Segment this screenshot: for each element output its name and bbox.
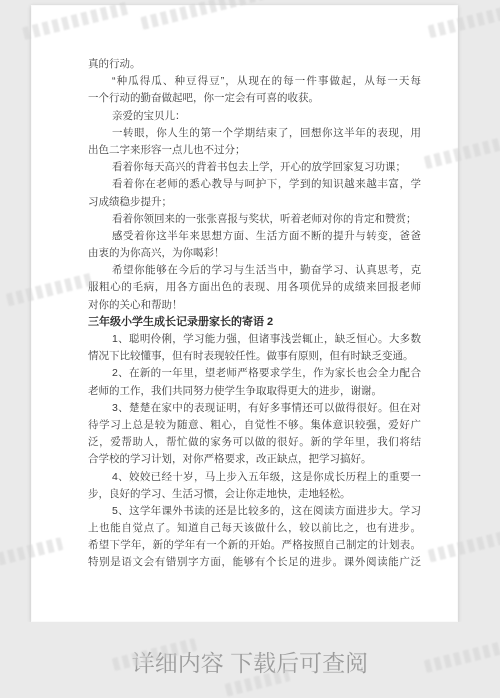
document-text-line: 老师的工作，我们共同努力使学生争取取得更大的进步，谢谢。: [88, 383, 421, 400]
document-text-line: 情况下比较懂事，但有时表现较任性。做事有原则，但有时缺乏变通。: [88, 348, 421, 365]
download-notice-label: 详细内容 下载后可查阅: [0, 648, 500, 678]
document-text-line: 5、这学年课外书读的还是比较多的，这在阅读方面进步大。学习: [88, 503, 421, 520]
document-text-line: 出色二字来形容一点儿也不过分；: [88, 142, 421, 159]
document-text-line: 泛，爱帮助人，帮忙做的家务可以做的很好。新的学年里，我们将结: [88, 434, 421, 451]
document-text-line: 3、楚楚在家中的表现证明，有好多事情还可以做得很好。但在对: [88, 400, 421, 417]
document-preview-page: 真的行动。“种瓜得瓜、种豆得豆”，从现在的每一件事做起，从每一天每一个行动的勤奋…: [31, 5, 458, 622]
document-text-line: 一转眼，你人生的第一个学期结束了，回想你这半年的表现，用: [88, 125, 421, 142]
document-text-line: 上也能自觉点了。知道自己每天该做什么，较以前比之，也有进步。: [88, 520, 421, 537]
document-text-line: “种瓜得瓜、种豆得豆”，从现在的每一件事做起，从每一天每: [88, 73, 421, 90]
document-text-line: 合学校的学习计划，对你严格要求，改正缺点，把学习搞好。: [88, 451, 421, 468]
document-text-line: 真的行动。: [88, 56, 421, 73]
document-text-line: 希望下学年，新的学年有一个新的开始。严格按照自己制定的计划表。: [88, 537, 421, 554]
document-text-line: 特别是语文会有错别字方面，能够有个长足的进步。课外阅读能广泛: [88, 554, 421, 571]
document-text-line: 看着你每天高兴的背着书包去上学，开心的放学回家复习功课；: [88, 159, 421, 176]
document-heading: 三年级小学生成长记录册家长的寄语 2: [88, 314, 421, 331]
document-text-line: 1、聪明伶俐，学习能力强，但诸事浅尝辄止，缺乏恒心。大多数: [88, 331, 421, 348]
document-text-line: 希望你能够在今后的学习与生活当中，勤奋学习、认真思考，克: [88, 262, 421, 279]
document-text-line: 看着你领回来的一张张喜报与奖状，听着老师对你的肯定和赞赏；: [88, 211, 421, 228]
document-text-block: 真的行动。“种瓜得瓜、种豆得豆”，从现在的每一件事做起，从每一天每一个行动的勤奋…: [88, 56, 421, 572]
document-text-line: 服粗心的毛病，用各方面出色的表现、用各项优异的成绩来回报老师: [88, 279, 421, 296]
document-preview-screen: 真的行动。“种瓜得瓜、种豆得豆”，从现在的每一件事做起，从每一天每一个行动的勤奋…: [0, 0, 500, 698]
document-text-line: 步，良好的学习、生活习惯，会让你走地快，走地轻松。: [88, 486, 421, 503]
document-text-line: 对你的关心和帮助！: [88, 297, 421, 314]
document-text-line: 待学习上总是较为随意、粗心，自觉性不够。集体意识较强，爱好广: [88, 417, 421, 434]
document-text-line: 一个行动的勤奋做起吧，你一定会有可喜的收获。: [88, 90, 421, 107]
document-text-line: 由衷的为你高兴，为你喝彩！: [88, 245, 421, 262]
download-notice-bar: 详细内容 下载后可查阅: [0, 622, 500, 698]
document-text-line: 亲爱的宝贝儿：: [88, 108, 421, 125]
document-text-line: 习成绩稳步提升；: [88, 194, 421, 211]
document-text-line: 感受着你这半年来思想方面、生活方面不断的提升与转变，爸爸: [88, 228, 421, 245]
document-text-line: 2、在新的一年里，望老师严格要求学生，作为家长也会全力配合: [88, 365, 421, 382]
document-text-line: 看着你在老师的悉心教导与呵护下，学到的知识越来越丰富，学: [88, 176, 421, 193]
document-text-line: 4、姣姣已经十岁，马上步入五年级，这是你成长历程上的重要一: [88, 469, 421, 486]
